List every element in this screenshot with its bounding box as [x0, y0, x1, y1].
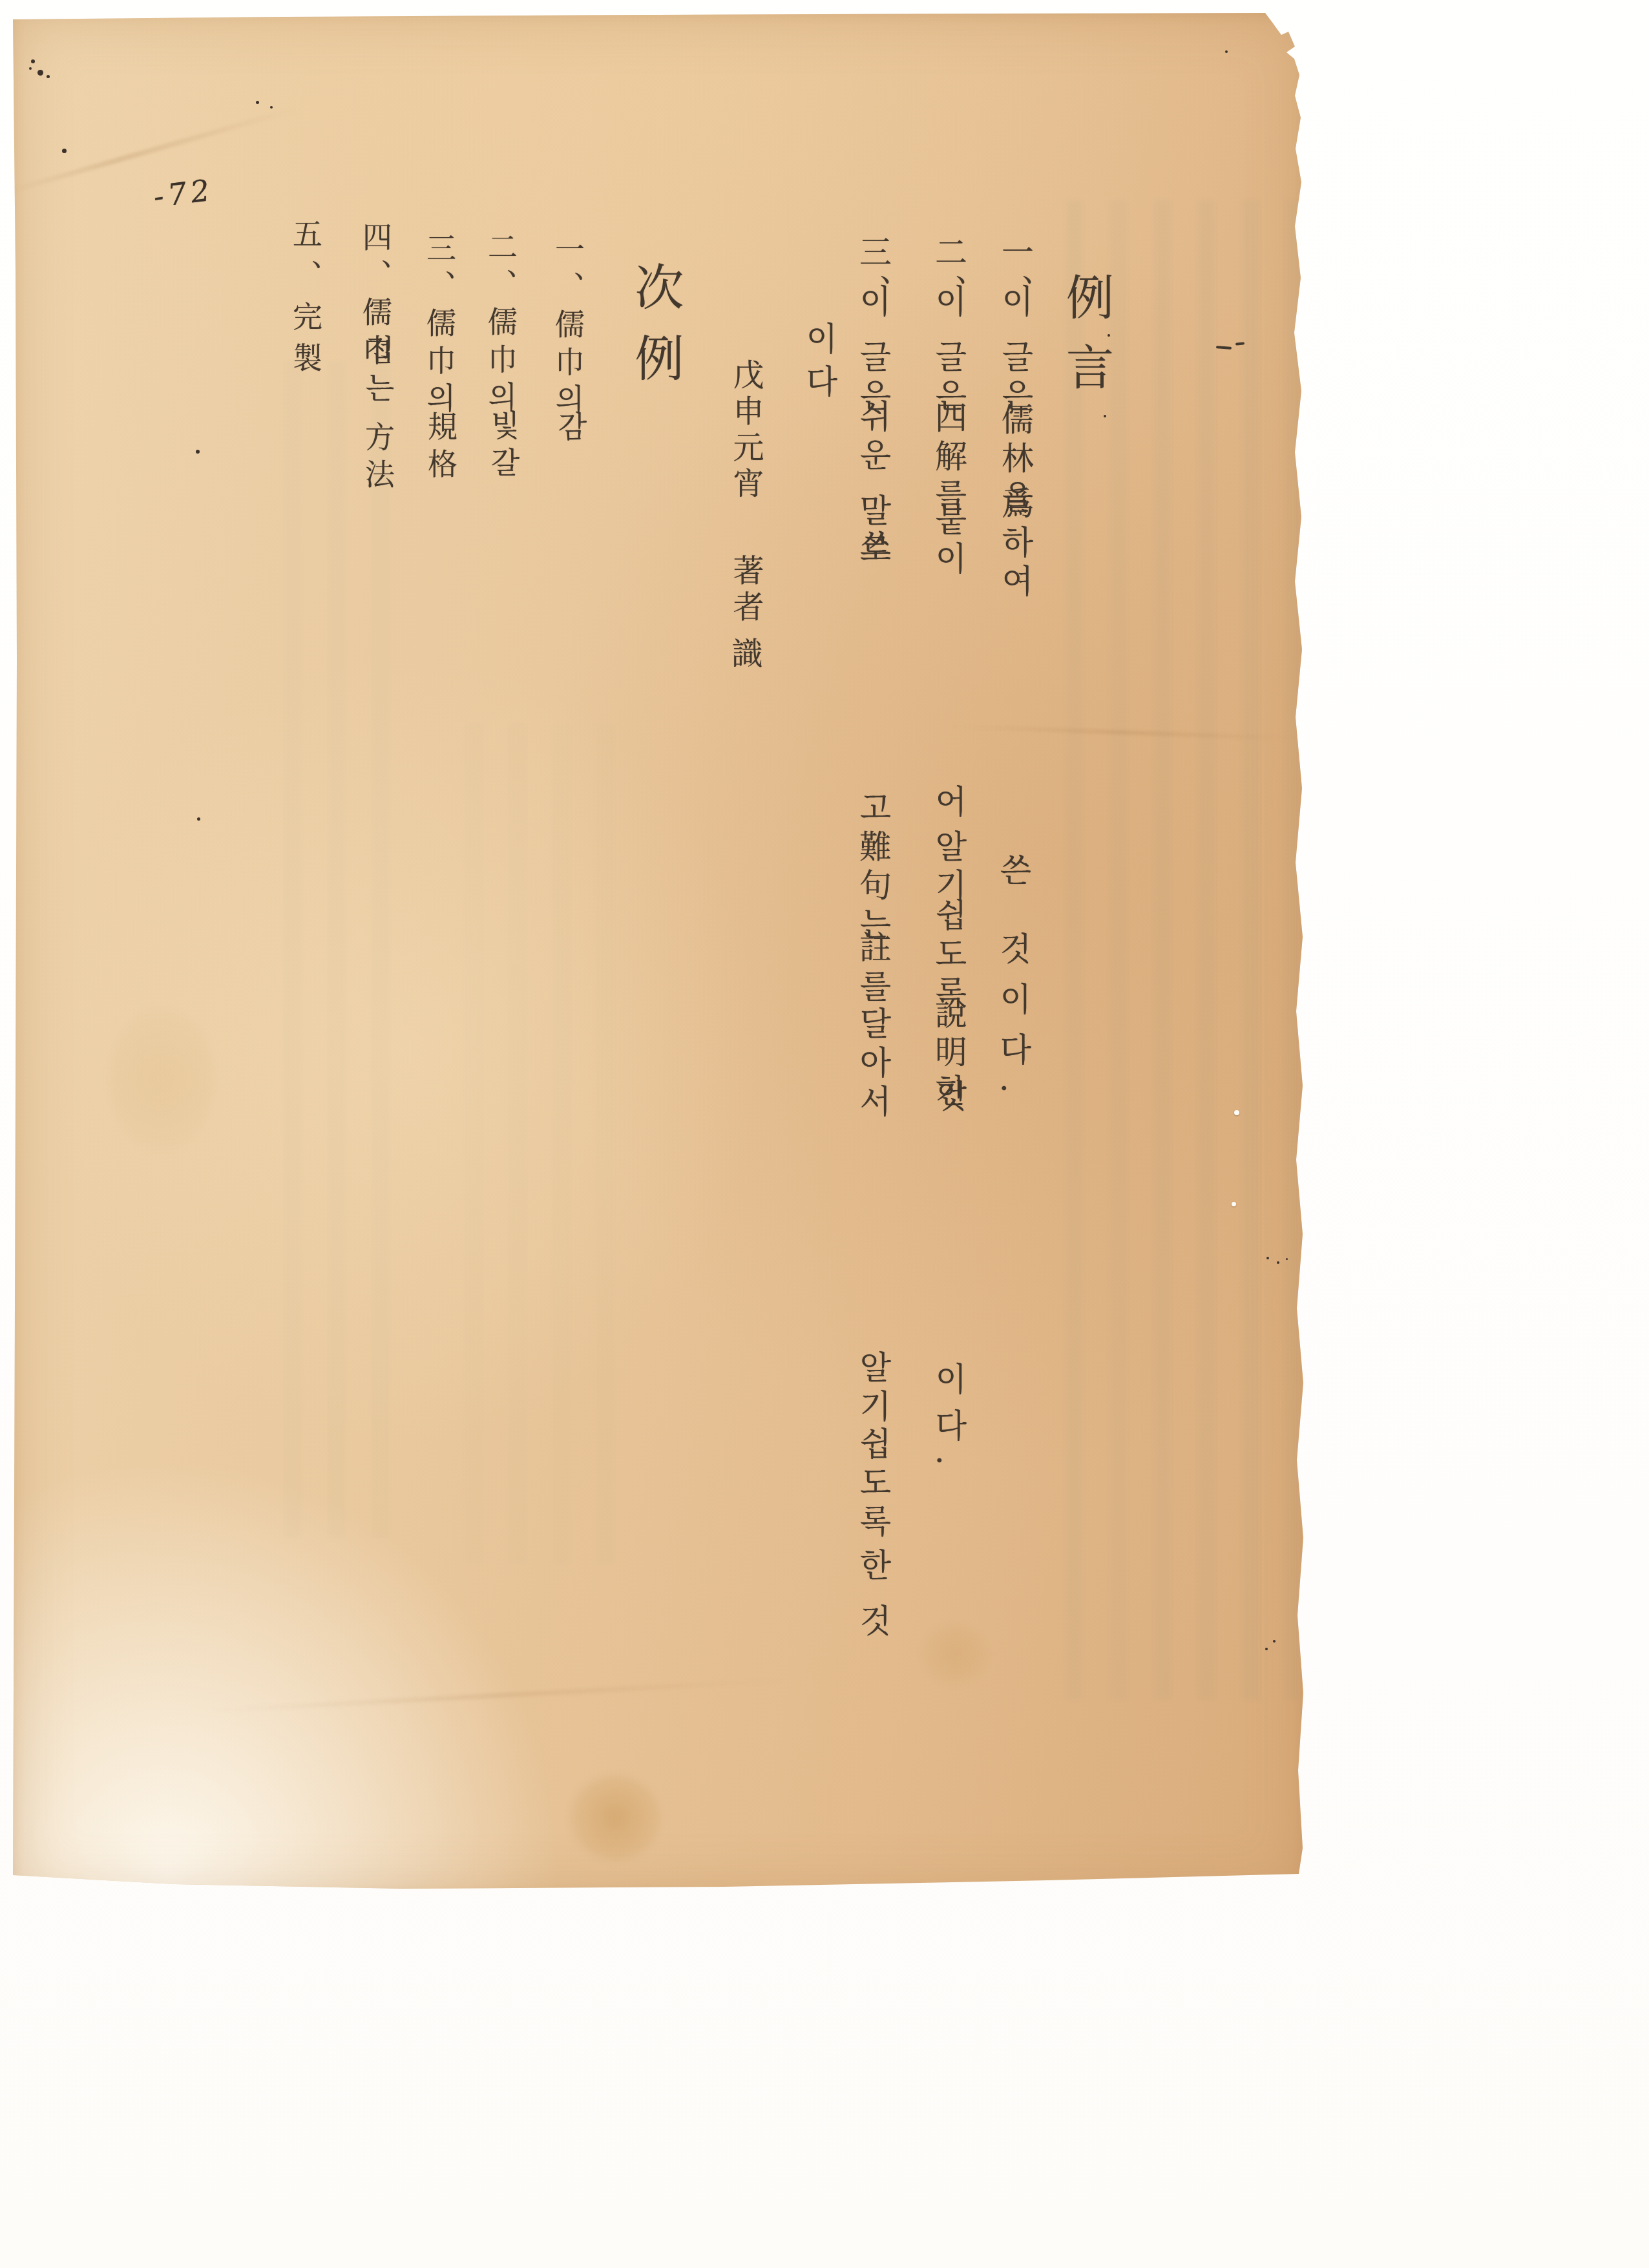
- toc-item-5: 五、完製: [284, 218, 327, 384]
- foreword-line1-word: 이 글은: [992, 284, 1038, 417]
- toc-title: 次例: [620, 262, 691, 404]
- pinhole: [1234, 1110, 1239, 1115]
- manuscript-page: -72 例言 一、 이 글은 儒林을 爲하여 쓴 것이다. 二、 이 글은 四解…: [13, 13, 1305, 1895]
- colophon-author: 著者: [724, 554, 768, 627]
- paper-crease: [0, 106, 299, 196]
- foreword-line2-word: 이 글은: [925, 284, 972, 417]
- toc-item-4-sub: 접는: [357, 335, 399, 410]
- ink-speck: [196, 450, 200, 454]
- ink-speck: [1286, 1258, 1288, 1260]
- foreword-line3-word: 쉽도록: [850, 1427, 896, 1543]
- foreword-line3-word: 難句는: [850, 830, 896, 946]
- foreword-line3-word: 쓰: [850, 527, 896, 566]
- section-title: 例言: [1052, 273, 1120, 412]
- foreword-line1-word: 爲하여: [992, 487, 1038, 603]
- ink-speck: [37, 70, 43, 76]
- ink-speck: [1277, 1261, 1279, 1264]
- verso-bleed-right: [1066, 200, 1299, 1699]
- ink-speck: [270, 106, 273, 109]
- foreword-line2-word: 것: [925, 1079, 972, 1118]
- foreword-line3-continuation: 이다: [796, 322, 843, 407]
- toc-item-3-sub: 規格: [419, 411, 462, 486]
- ink-speck: [31, 59, 35, 63]
- pinhole: [1232, 1202, 1236, 1206]
- page-number-mark: -72: [153, 172, 214, 215]
- ink-speck: [1225, 50, 1228, 53]
- verso-bleed-left: [284, 362, 394, 1538]
- ink-speck: [1104, 415, 1106, 417]
- ink-speck: [29, 67, 32, 70]
- colophon-signature: 識: [722, 637, 767, 673]
- colophon-date: 戊申元宵: [724, 359, 768, 503]
- foreword-line2-word: 四解를: [925, 401, 972, 517]
- paper-stain: [923, 1625, 987, 1683]
- ink-speck: [1273, 1640, 1276, 1643]
- foreword-line3-word: 달아서: [850, 1007, 896, 1123]
- ink-speck: [1108, 334, 1110, 337]
- paper-stain: [570, 1776, 660, 1860]
- ink-speck: [47, 75, 50, 78]
- toc-item-3: 三、儒巾의: [418, 233, 461, 420]
- toc-item-1: 一、儒巾의: [547, 234, 589, 421]
- foreword-line3-word: 註를: [850, 930, 896, 1008]
- paper-crease: [207, 1677, 788, 1713]
- ink-speck: [62, 149, 67, 153]
- toc-item-2-sub: 빛갈: [482, 410, 525, 485]
- paper-stain: [110, 1008, 213, 1150]
- toc-item-4-sub2: 方法: [357, 421, 399, 496]
- foreword-line3-word: 이 글은: [850, 284, 896, 417]
- verso-bleed-center: [465, 724, 620, 1564]
- ink-speck: [256, 101, 259, 104]
- foreword-line2-word: 알기: [925, 830, 972, 907]
- ink-speck: [1266, 1257, 1269, 1259]
- foreword-line1-word: 쓴 것이다.: [990, 853, 1036, 1111]
- ink-speck: [1265, 1648, 1268, 1650]
- foreword-line3-word: 고: [850, 791, 896, 830]
- toc-item-2: 二、儒巾의: [479, 231, 522, 419]
- foreword-line2-word: 붙이: [925, 503, 972, 580]
- toc-item-1-sub: 감: [549, 411, 592, 448]
- foreword-line2-word: 이다.: [925, 1362, 972, 1480]
- scanned-document: -72 例言 一、 이 글은 儒林을 爲하여 쓴 것이다. 二、 이 글은 四解…: [0, 0, 1649, 2268]
- foreword-line2-word: 어: [925, 784, 972, 823]
- foreword-line3-word: 알기: [850, 1350, 896, 1428]
- ink-speck: [197, 817, 200, 821]
- foreword-line3-word: 한 것: [850, 1548, 896, 1643]
